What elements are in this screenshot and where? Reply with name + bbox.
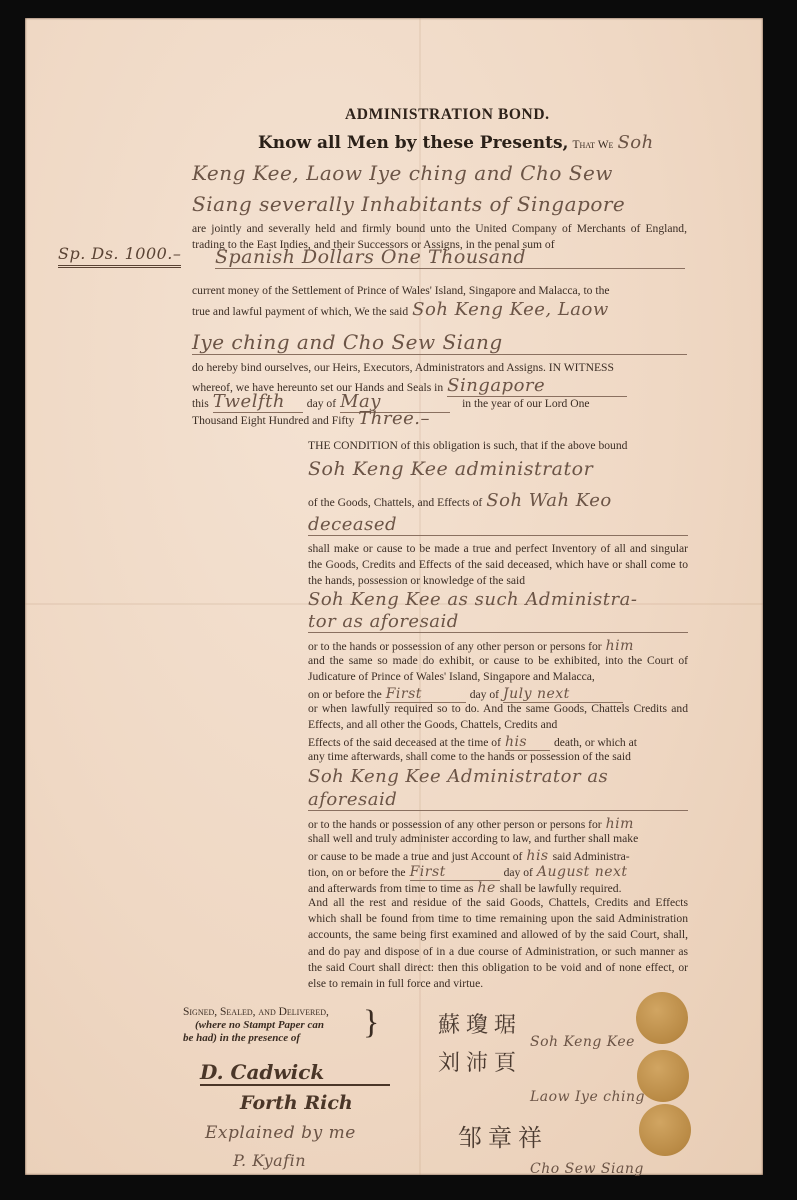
said-names-line: true and lawful payment of which, We the… <box>192 299 687 320</box>
hand-deceased: deceased <box>308 514 688 536</box>
printed-said-admin: said Administra- <box>553 850 630 863</box>
signatory-3-chinese: 邹章祥 <box>458 1118 548 1153</box>
hand-obligors-1: Soh <box>617 132 653 153</box>
printed-goods-of: of the Goods, Chattels, and Effects of <box>308 496 482 509</box>
attestation-line-1: Signed, Sealed, and Delivered, <box>183 1006 329 1019</box>
hand-obligors-3: Siang severally Inhabitants of Singapore <box>192 192 625 216</box>
printed-afterwards: and afterwards from time to time as <box>308 882 473 895</box>
printed-day-of-3: day of <box>504 866 533 879</box>
interpreter-signature: P. Kyafin <box>233 1151 306 1170</box>
wax-seal-1 <box>636 992 688 1044</box>
printed-account-of: or cause to be made a true and just Acco… <box>308 850 522 863</box>
hand-deceased-name: Soh Wah Keo <box>486 490 611 511</box>
printed-year-of-lord: in the year of our Lord One <box>462 397 590 410</box>
printed-tion-on-before: tion, on or before the <box>308 866 406 879</box>
printed-true-lawful: true and lawful payment of which, We the… <box>192 305 408 318</box>
printed-condition-1: THE CONDITION of this obligation is such… <box>308 438 688 454</box>
hand-account-of: his <box>526 848 548 864</box>
hand-penal-sum: Spanish Dollars One Thousand <box>215 246 685 269</box>
witness-signature-2: Forth Rich <box>240 1092 353 1114</box>
hand-said-names-2: Iye ching and Cho Sew Siang <box>192 330 687 355</box>
printed-exhibit: and the same so made do exhibit, or caus… <box>308 653 688 685</box>
printed-administer: shall well and truly administer accordin… <box>308 831 688 847</box>
attestation-block: Signed, Sealed, and Delivered, (where no… <box>183 1006 329 1045</box>
printed-current-money: current money of the Settlement of Princ… <box>192 283 687 299</box>
hand-said-names-1: Soh Keng Kee, Laow <box>412 299 609 320</box>
hand-year: Three.– <box>358 408 430 429</box>
printed-residue: And all the rest and residue of the said… <box>308 895 688 992</box>
printed-bind-ourselves: do hereby bind ourselves, our Heirs, Exe… <box>192 360 687 376</box>
hand-knowledge-of: Soh Keng Kee as such Administra- <box>308 589 688 610</box>
hand-as-he: he <box>477 880 495 896</box>
witness-signature-1: D. Cadwick <box>200 1060 390 1086</box>
hand-for-whom-1: him <box>606 638 634 654</box>
printed-any-time: any time afterwards, shall come to the h… <box>308 749 688 765</box>
printed-time-of: Effects of the said deceased at the time… <box>308 736 501 749</box>
printed-other-persons-2: or to the hands or possession of any oth… <box>308 818 602 831</box>
printed-lawfully-required: or when lawfully required so to do. And … <box>308 701 688 733</box>
hand-possession-of: Soh Keng Kee Administrator as <box>308 766 688 787</box>
document-title: ADMINISTRATION BOND. <box>345 106 550 124</box>
signatory-3-roman: Cho Sew Siang <box>530 1161 644 1177</box>
printed-day-of-2: day of <box>470 688 499 701</box>
hand-knowledge-of-2: tor as aforesaid <box>308 611 688 633</box>
hand-administrator: Soh Keng Kee administrator <box>308 458 688 480</box>
signatory-2-chinese: 刘沛頁 <box>438 1046 522 1077</box>
printed-on-before: on or before the <box>308 688 382 701</box>
attestation-line-3: be had) in the presence of <box>183 1032 329 1045</box>
wax-seal-3 <box>639 1104 691 1156</box>
signatory-2-roman: Laow Iye ching <box>530 1089 645 1105</box>
effects-of-line: of the Goods, Chattels, and Effects of S… <box>308 490 688 511</box>
margin-amount: Sp. Ds. 1000.– <box>58 244 181 268</box>
explained-by-me: Explained by me <box>205 1123 356 1143</box>
opening-that-we: That We <box>572 139 613 151</box>
opening-blackletter: Know all Men by these Presents, <box>258 133 568 153</box>
hand-account-month: August next <box>537 864 628 880</box>
opening-line: Know all Men by these Presents, That We … <box>258 132 654 153</box>
hand-obligors-2: Keng Kee, Laow Iye ching and Cho Sew <box>192 161 613 185</box>
printed-inventory: shall make or cause to be made a true an… <box>308 541 688 590</box>
printed-other-persons-1: or to the hands or possession of any oth… <box>308 640 602 653</box>
document-paper: ADMINISTRATION BOND. Know all Men by the… <box>25 18 763 1175</box>
printed-lawfully-req: shall be lawfully required. <box>500 882 622 895</box>
hand-for-whom-2: him <box>606 816 634 832</box>
printed-thousand-eight: Thousand Eight Hundred and Fifty <box>192 414 354 427</box>
signatory-1-roman: Soh Keng Kee <box>530 1034 635 1050</box>
attestation-line-2: (where no Stampt Paper can <box>183 1019 329 1032</box>
wax-seal-2 <box>637 1050 689 1102</box>
brace-decoration: } <box>363 1004 379 1042</box>
year-line: Thousand Eight Hundred and Fifty Three.– <box>192 408 430 429</box>
hand-possession-of-2: aforesaid <box>308 789 688 811</box>
signatory-1-chinese: 蘇瓊琚 <box>438 1008 522 1039</box>
printed-death: death, or which at <box>554 736 637 749</box>
